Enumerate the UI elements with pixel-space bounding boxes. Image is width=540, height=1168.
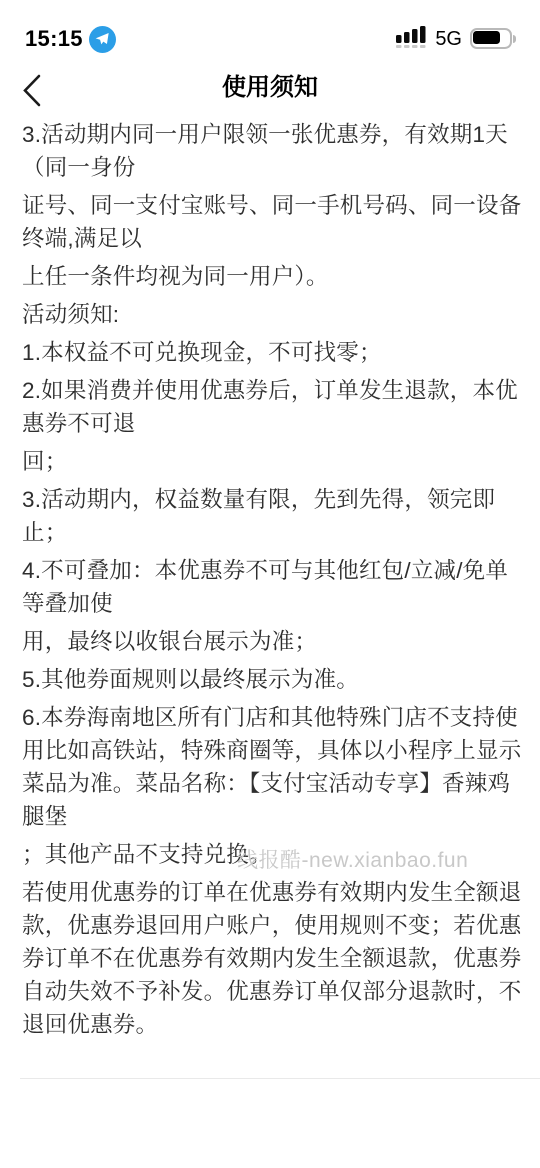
- clock: 15:15: [25, 26, 83, 52]
- notice-paragraph: 证号、同一支付宝账号、同一手机号码、同一设备 终端,满足以: [22, 189, 524, 255]
- status-bar-left: 15:15: [25, 26, 116, 53]
- divider: [20, 1078, 540, 1079]
- notice-paragraph: 上任一条件均视为同一用户）。: [22, 260, 524, 293]
- battery-icon: [470, 27, 520, 51]
- notice-paragraph: 3.活动期内，权益数量有限，先到先得，领完即 止；: [22, 483, 524, 549]
- telegram-icon: [89, 26, 116, 53]
- cellular-signal-icon: [396, 25, 427, 54]
- notice-paragraph: 5.其他券面规则以最终展示为准。: [22, 663, 524, 696]
- notice-paragraph: 4.不可叠加：本优惠券不可与其他红包/立减/免单 等叠加使: [22, 554, 524, 620]
- notice-paragraph: 活动须知:: [22, 298, 524, 331]
- notice-paragraph: 6.本券海南地区所有门店和其他特殊门店不支持使 用比如高铁站，特殊商圈等，具体以…: [22, 701, 524, 833]
- notice-paragraph: 1.本权益不可兑换现金，不可找零；: [22, 336, 524, 369]
- status-bar-right: 5G: [396, 25, 520, 54]
- page-title: 使用须知: [0, 62, 540, 114]
- notice-paragraph: 3.活动期内同一用户限领一张优惠券，有效期1天 （同一身份: [22, 118, 524, 184]
- notice-paragraph: 回；: [22, 445, 524, 478]
- notice-text: 3.活动期内同一用户限领一张优惠券，有效期1天 （同一身份 证号、同一支付宝账号…: [22, 118, 524, 1041]
- status-bar: 15:15 5G: [0, 0, 540, 62]
- network-type-label: 5G: [435, 28, 462, 51]
- notice-paragraph: 2.如果消费并使用优惠券后，订单发生退款，本优 惠券不可退: [22, 374, 524, 440]
- screen: 15:15 5G: [0, 0, 540, 1168]
- notice-paragraph: 用，最终以收银台展示为准；: [22, 625, 524, 658]
- notice-paragraph: 若使用优惠券的订单在优惠券有效期内发生全额退 款，优惠券退回用户账户，使用规则不…: [22, 876, 524, 1041]
- watermark: 线报酷-new.xianbao.fun: [237, 844, 468, 874]
- back-button[interactable]: [22, 74, 48, 108]
- nav-bar: 使用须知: [0, 62, 540, 118]
